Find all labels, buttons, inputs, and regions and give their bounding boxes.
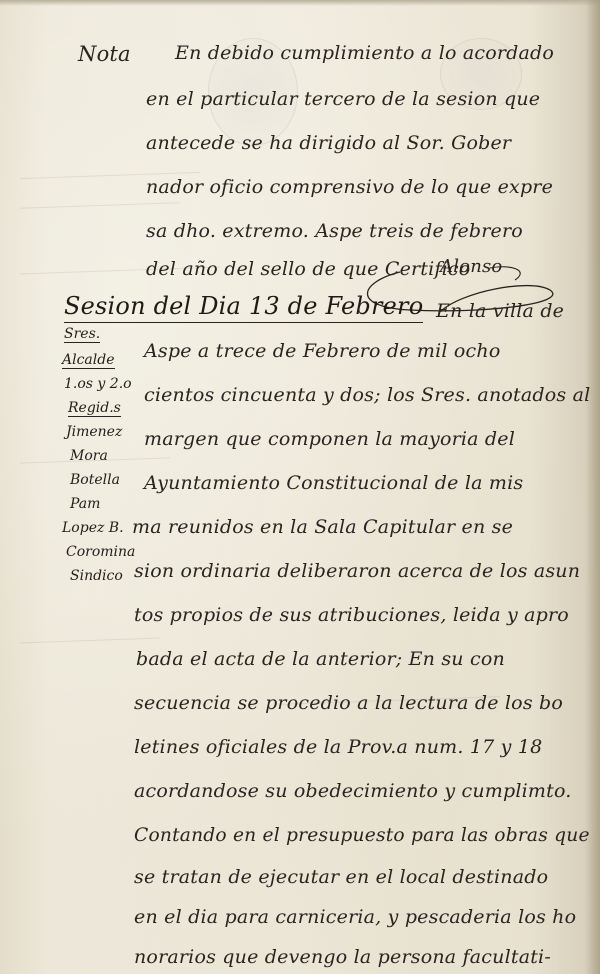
manuscript-page: Nota En debido cumplimiento a lo acordad… [0, 0, 600, 974]
session-line: ma reunidos en la Sala Capitular en se [132, 516, 513, 538]
session-line: en el dia para carniceria, y pescaderia … [134, 906, 576, 928]
session-line: se tratan de ejecutar en el local destin… [134, 866, 548, 888]
session-line: bada el acta de la anterior; En su con [136, 648, 505, 670]
margin-attendee: Sres. [64, 326, 100, 343]
margin-attendee: Botella [70, 472, 120, 488]
session-line: Contando en el presupuesto para las obra… [134, 824, 590, 846]
page-top-edge [0, 0, 600, 6]
margin-attendee: Mora [70, 448, 108, 464]
session-line: sion ordinaria deliberaron acerca de los… [134, 560, 580, 582]
note-line: en el particular tercero de la sesion qu… [146, 88, 540, 110]
session-line: cientos cincuenta y dos; los Sres. anota… [144, 384, 590, 406]
note-line: antecede se ha dirigido al Sor. Gober [146, 132, 511, 154]
session-line: norarios que devengo la persona facultat… [134, 946, 551, 968]
session-line: letines oficiales de la Prov.a num. 17 y… [134, 736, 542, 758]
margin-attendee: Sindico [70, 568, 123, 584]
margin-attendee: Jimenez [66, 424, 122, 440]
session-line: Aspe a trece de Febrero de mil ocho [144, 340, 500, 362]
margin-attendee: 1.os y 2.o [64, 376, 132, 392]
bleed-through-line [20, 202, 180, 209]
bleed-through-line [20, 638, 160, 644]
margin-attendee: Pam [70, 496, 100, 512]
session-line: acordandose su obedecimiento y cumplimto… [134, 780, 572, 802]
session-heading: Sesion del Dia 13 de Febrero [64, 292, 423, 323]
session-line: En la villa de [436, 300, 564, 322]
session-line: Ayuntamiento Constitucional de la mis [144, 472, 523, 494]
margin-attendee: Lopez B. [62, 520, 124, 536]
note-line: En debido cumplimiento a lo acordado [175, 42, 554, 64]
note-line: nador oficio comprensivo de lo que expre [146, 176, 553, 198]
margin-attendee: Coromina [66, 544, 135, 560]
session-line: margen que componen la mayoria del [144, 428, 515, 450]
note-line: sa dho. extremo. Aspe treis de febrero [146, 220, 523, 242]
margin-attendee: Regid.s [68, 400, 121, 417]
session-line: secuencia se procedio a la lectura de lo… [134, 692, 563, 714]
session-line: tos propios de sus atribuciones, leida y… [134, 604, 569, 626]
note-label: Nota [78, 42, 131, 66]
margin-attendee: Alcalde [62, 352, 115, 369]
